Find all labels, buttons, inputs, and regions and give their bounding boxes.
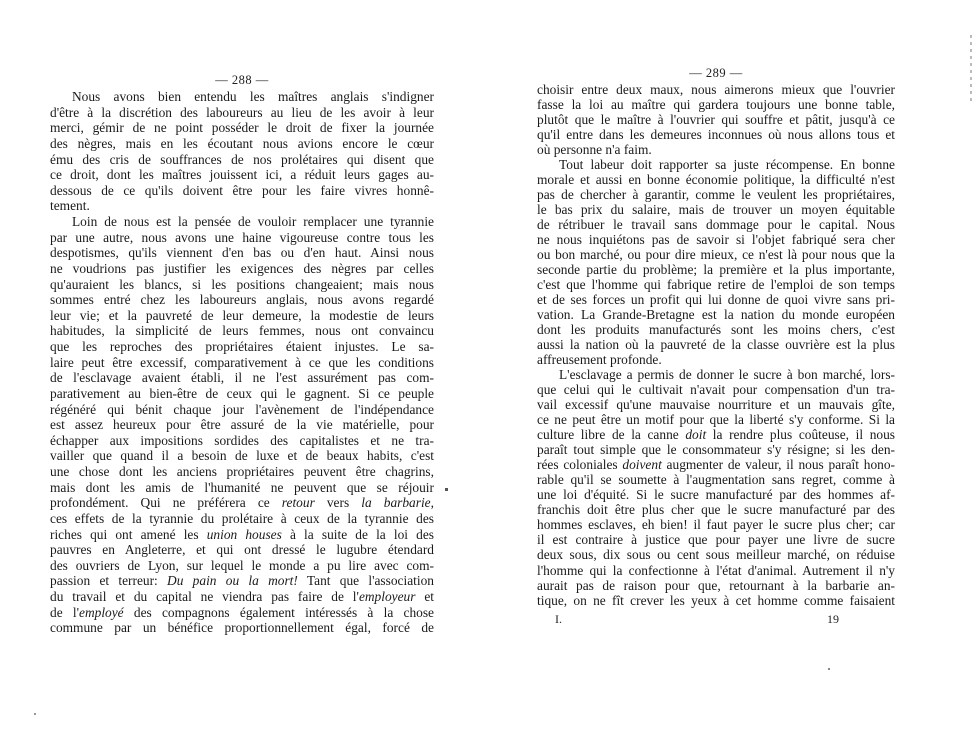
text-line: sommes entré chez les laboureurs anglais… (50, 292, 434, 308)
text-segment: qu'il entre dans les demeures inconnues … (537, 127, 895, 142)
text-line: seconde partie du problème; la première … (537, 262, 895, 277)
text-segment: ne nous inquiétons pas de savoir si l'ob… (537, 232, 895, 247)
text-segment: ces effets de la tyrannie du prolétaire … (50, 511, 434, 526)
text-segment: franchis doit être plus cher que le sucr… (537, 502, 895, 517)
text-segment: hommes esclaves, eh bien! il faut payer … (537, 517, 895, 532)
text-segment: culture libre de la canne (537, 427, 685, 442)
text-segment: riches qui ont amené les (50, 527, 207, 542)
text-line: une chose dont les anciens propriétaires… (50, 464, 434, 480)
text-line: ou bon marché, ou pour dire mieux, ce n'… (537, 247, 895, 262)
text-line: franchis doit être plus cher que le sucr… (537, 502, 895, 517)
text-segment: vailler que quand il a besoin de luxe et… (50, 448, 434, 463)
text-line: hommes esclaves, eh bien! il faut payer … (537, 517, 895, 532)
text-segment: ému des cris de souffrances de nos prolé… (50, 152, 434, 167)
text-line: vail excessif qu'une mauvaise nourriture… (537, 397, 895, 412)
text-line: ne nous inquiétons pas de savoir si l'ob… (537, 232, 895, 247)
text-segment: commune par un bénéfice proportionnellem… (50, 620, 434, 635)
text-line: régénéré qui bénit chaque jour l'avèneme… (50, 402, 434, 418)
text-line: ne voudrions pas justifier les exigences… (50, 261, 434, 277)
text-line: que les reproches des propriétaires étai… (50, 339, 434, 355)
text-line: riches qui ont amené les union houses à … (50, 527, 434, 543)
text-segment: Tout labeur doit rapporter sa juste réco… (559, 157, 895, 172)
text-segment: Nous avons bien entendu les maîtres angl… (72, 89, 434, 104)
text-line: choisir entre deux maux, nous aimerons m… (537, 82, 895, 97)
text-line: vation. La Grande-Bretagne est la nation… (537, 307, 895, 322)
text-segment: que les reproches des propriétaires étai… (50, 339, 434, 354)
text-line: affreusement profonde. (537, 352, 895, 367)
text-segment: pas de chercher à garantir, comme le veu… (537, 187, 895, 202)
text-segment: des nègres, mais en les écoutant nous av… (50, 136, 434, 151)
text-segment: Loin de nous est la pensée de vouloir re… (72, 214, 434, 229)
italic-text: doivent (622, 457, 661, 472)
italic-text: doit (685, 427, 706, 442)
text-segment: L'esclavage a permis de donner le sucre … (559, 367, 895, 382)
page-number: — 288 — (50, 73, 434, 88)
signature-mark: I. (555, 612, 562, 627)
text-line: une loi d'équité. Si le sucre manufactur… (537, 487, 895, 502)
text-line: parativement au bien-être de ceux qui le… (50, 386, 434, 402)
text-segment: fasse la loi au maître qui gardera toujo… (537, 97, 895, 112)
text-segment: seconde partie du problème; la première … (537, 262, 895, 277)
text-segment: rées coloniales (537, 457, 622, 472)
italic-text: employeur (359, 589, 416, 604)
text-line: est assez heureux pour être assuré de la… (50, 417, 434, 433)
text-line: L'esclavage a permis de donner le sucre … (537, 367, 895, 382)
text-line: l'homme qui la confectionne à l'état d'a… (537, 563, 895, 578)
text-line: deux sous, dix sous ou cent sous meilleu… (537, 547, 895, 562)
text-segment: du travail et du capital ne viendra pas … (50, 589, 359, 604)
text-segment: rable qu'il se soumette à l'augmentation… (537, 472, 895, 487)
text-segment: ou bon marché, ou pour dire mieux, ce n'… (537, 247, 895, 262)
text-segment: tique, on ne fît crever les yeux à cet h… (537, 593, 895, 608)
text-segment: à la suite de la loi des (282, 527, 434, 542)
text-line: plutôt que le maître à l'ouvrier qui sou… (537, 112, 895, 127)
text-line: rable qu'il se soumette à l'augmentation… (537, 472, 895, 487)
text-line: que celui qui le cultivait n'avait pour … (537, 382, 895, 397)
text-line: leur vie; et la pauvreté de leur demeure… (50, 308, 434, 324)
page-text: choisir entre deux maux, nous aimerons m… (537, 82, 895, 608)
text-line: qu'auraient les blancs, si les positions… (50, 277, 434, 293)
text-line: morale et aussi en bonne économie politi… (537, 172, 895, 187)
text-line: échapper aux impositions sordides des ca… (50, 433, 434, 449)
text-line: tement. (50, 198, 434, 214)
text-line: despotismes, qu'ils viennent d'en bas ou… (50, 245, 434, 261)
text-line: aussi la nation où la pauvreté de la cla… (537, 337, 895, 352)
text-line: où personne n'a faim. (537, 142, 895, 157)
text-segment: Tant que l'association (298, 573, 434, 588)
text-line: dessous de ce qu'ils doivent être pour l… (50, 183, 434, 199)
scan-speck (445, 488, 448, 491)
text-segment: pauvres en Angleterre, et qui ont dressé… (50, 542, 434, 557)
italic-text: la barbarie (361, 495, 430, 510)
text-segment: tement. (50, 198, 90, 213)
text-line: aurait pas de raison pour que, retournan… (537, 578, 895, 593)
text-line: rées coloniales doivent augmenter de val… (537, 457, 895, 472)
text-line: mais dont les amis de l'humanité ne peuv… (50, 480, 434, 496)
text-segment: est assez heureux pour être assuré de la… (50, 417, 434, 432)
text-segment: leur vie; et la pauvreté de leur demeure… (50, 308, 434, 323)
text-segment: et de ses forces un profit qui lui donne… (537, 292, 895, 307)
text-segment: despotismes, qu'ils viennent d'en bas ou… (50, 245, 434, 260)
text-segment: laire peut être excessif, comparativemen… (50, 355, 434, 370)
text-segment: ce ne peut être un motif pour que la lib… (537, 412, 895, 427)
text-segment: c'est que l'homme qui fabrique retire de… (537, 277, 895, 292)
text-line: fasse la loi au maître qui gardera toujo… (537, 97, 895, 112)
text-segment: profondément. Qui ne préférera ce (50, 495, 282, 510)
text-segment: une loi d'équité. Si le sucre manufactur… (537, 487, 895, 502)
text-segment: aussi la nation où la pauvreté de la cla… (537, 337, 895, 352)
text-line: de l'employé des compagnons également in… (50, 605, 434, 621)
text-segment: parativement au bien-être de ceux qui le… (50, 386, 434, 401)
text-segment: morale et aussi en bonne économie politi… (537, 172, 895, 187)
text-line: Tout labeur doit rapporter sa juste réco… (537, 157, 895, 172)
text-segment: ne voudrions pas justifier les exigences… (50, 261, 434, 276)
text-segment: des ouvriers de Lyon, sur lequel le mond… (50, 558, 434, 573)
text-segment: vation. La Grande-Bretagne est la nation… (537, 307, 895, 322)
text-line: merci, gémir de ne point posséder le dro… (50, 120, 434, 136)
text-segment: de l'esclavage avaient établi, il ne l'e… (50, 370, 434, 385)
text-segment: de rétribuer le travail sans dommage pou… (537, 217, 895, 232)
text-line: pauvres en Angleterre, et qui ont dressé… (50, 542, 434, 558)
text-segment: dont les produits manufacturés sont les … (537, 322, 895, 337)
text-line: d'être à la discrétion des laboureurs au… (50, 105, 434, 121)
italic-text: Du pain ou la mort! (167, 573, 298, 588)
page-number: — 289 — (537, 66, 895, 81)
text-segment: qu'auraient les blancs, si les positions… (50, 277, 434, 292)
text-line: le bas prix du salaire, mais de trouver … (537, 202, 895, 217)
text-segment: d'être à la discrétion des laboureurs au… (50, 105, 434, 120)
text-line: laire peut être excessif, comparativemen… (50, 355, 434, 371)
text-segment: augmenter de valeur, il nous paraît hono… (662, 457, 895, 472)
text-segment: aurait pas de raison pour que, retournan… (537, 578, 895, 593)
text-segment: de l' (50, 605, 79, 620)
text-line: ému des cris de souffrances de nos prolé… (50, 152, 434, 168)
text-segment: merci, gémir de ne point posséder le dro… (50, 120, 434, 135)
text-line: tique, on ne fît crever les yeux à cet h… (537, 593, 895, 608)
text-segment: une chose dont les anciens propriétaires… (50, 464, 434, 479)
text-segment: échapper aux impositions sordides des ca… (50, 433, 434, 448)
text-line: Nous avons bien entendu les maîtres angl… (50, 89, 434, 105)
text-line: pas de chercher à garantir, comme le veu… (537, 187, 895, 202)
gathering-number: 19 (827, 612, 839, 627)
scan-edge-marks (970, 35, 972, 103)
text-segment: régénéré qui bénit chaque jour l'avèneme… (50, 402, 434, 417)
text-line: profondément. Qui ne préférera ce retour… (50, 495, 434, 511)
text-line: et de ses forces un profit qui lui donne… (537, 292, 895, 307)
text-line: habitudes, la simplicité de leurs femmes… (50, 323, 434, 339)
text-segment: la rendre plus coûteuse, il nous (706, 427, 895, 442)
text-line: paraît tout simple que le consommateur s… (537, 442, 895, 457)
text-line: vailler que quand il a besoin de luxe et… (50, 448, 434, 464)
page-text: Nous avons bien entendu les maîtres angl… (50, 89, 434, 636)
text-line: commune par un bénéfice proportionnellem… (50, 620, 434, 636)
text-segment: le bas prix du salaire, mais de trouver … (537, 202, 895, 217)
text-segment: vers (315, 495, 361, 510)
italic-text: employé (79, 605, 124, 620)
text-segment: deux sous, dix sous ou cent sous meilleu… (537, 547, 895, 562)
text-segment: dessous de ce qu'ils doivent être pour l… (50, 183, 434, 198)
text-segment: où personne n'a faim. (537, 142, 652, 157)
text-line: dont les produits manufacturés sont les … (537, 322, 895, 337)
italic-text: union houses (207, 527, 282, 542)
text-segment: vail excessif qu'une mauvaise nourriture… (537, 397, 895, 412)
text-line: des ouvriers de Lyon, sur lequel le mond… (50, 558, 434, 574)
text-line: du travail et du capital ne viendra pas … (50, 589, 434, 605)
italic-text: retour (282, 495, 315, 510)
text-line: de l'esclavage avaient établi, il ne l'e… (50, 370, 434, 386)
scan-speck (34, 713, 36, 715)
text-segment: affreusement profonde. (537, 352, 662, 367)
text-line: ce ne peut être un motif pour que la lib… (537, 412, 895, 427)
text-line: c'est que l'homme qui fabrique retire de… (537, 277, 895, 292)
text-segment: choisir entre deux maux, nous aimerons m… (537, 82, 895, 97)
text-line: il est contraire à justice que pour paye… (537, 532, 895, 547)
text-line: ces effets de la tyrannie du prolétaire … (50, 511, 434, 527)
text-segment: habitudes, la simplicité de leurs femmes… (50, 323, 434, 338)
text-line: des nègres, mais en les écoutant nous av… (50, 136, 434, 152)
text-segment: des compagnons également intéressés à la… (124, 605, 434, 620)
text-line: de rétribuer le travail sans dommage pou… (537, 217, 895, 232)
text-segment: sommes entré chez les laboureurs anglais… (50, 292, 434, 307)
text-segment: que celui qui le cultivait n'avait pour … (537, 382, 895, 397)
text-segment: l'homme qui la confectionne à l'état d'a… (537, 563, 895, 578)
text-line: Loin de nous est la pensée de vouloir re… (50, 214, 434, 230)
text-segment: ce droit, dont les maîtres jouissent ici… (50, 167, 434, 182)
text-segment: par une autre, nous avons une haine vigo… (50, 230, 434, 245)
text-line: par une autre, nous avons une haine vigo… (50, 230, 434, 246)
text-segment: passion et terreur: (50, 573, 167, 588)
text-line: culture libre de la canne doit la rendre… (537, 427, 895, 442)
text-segment: mais dont les amis de l'humanité ne peuv… (50, 480, 434, 495)
text-line: ce droit, dont les maîtres jouissent ici… (50, 167, 434, 183)
text-segment: , (431, 495, 434, 510)
text-segment: il est contraire à justice que pour paye… (537, 532, 895, 547)
text-segment: plutôt que le maître à l'ouvrier qui sou… (537, 112, 895, 127)
scan-speck (828, 668, 830, 670)
text-segment: paraît tout simple que le consommateur s… (537, 442, 895, 457)
text-line: passion et terreur: Du pain ou la mort! … (50, 573, 434, 589)
text-line: qu'il entre dans les demeures inconnues … (537, 127, 895, 142)
text-segment: et (415, 589, 434, 604)
